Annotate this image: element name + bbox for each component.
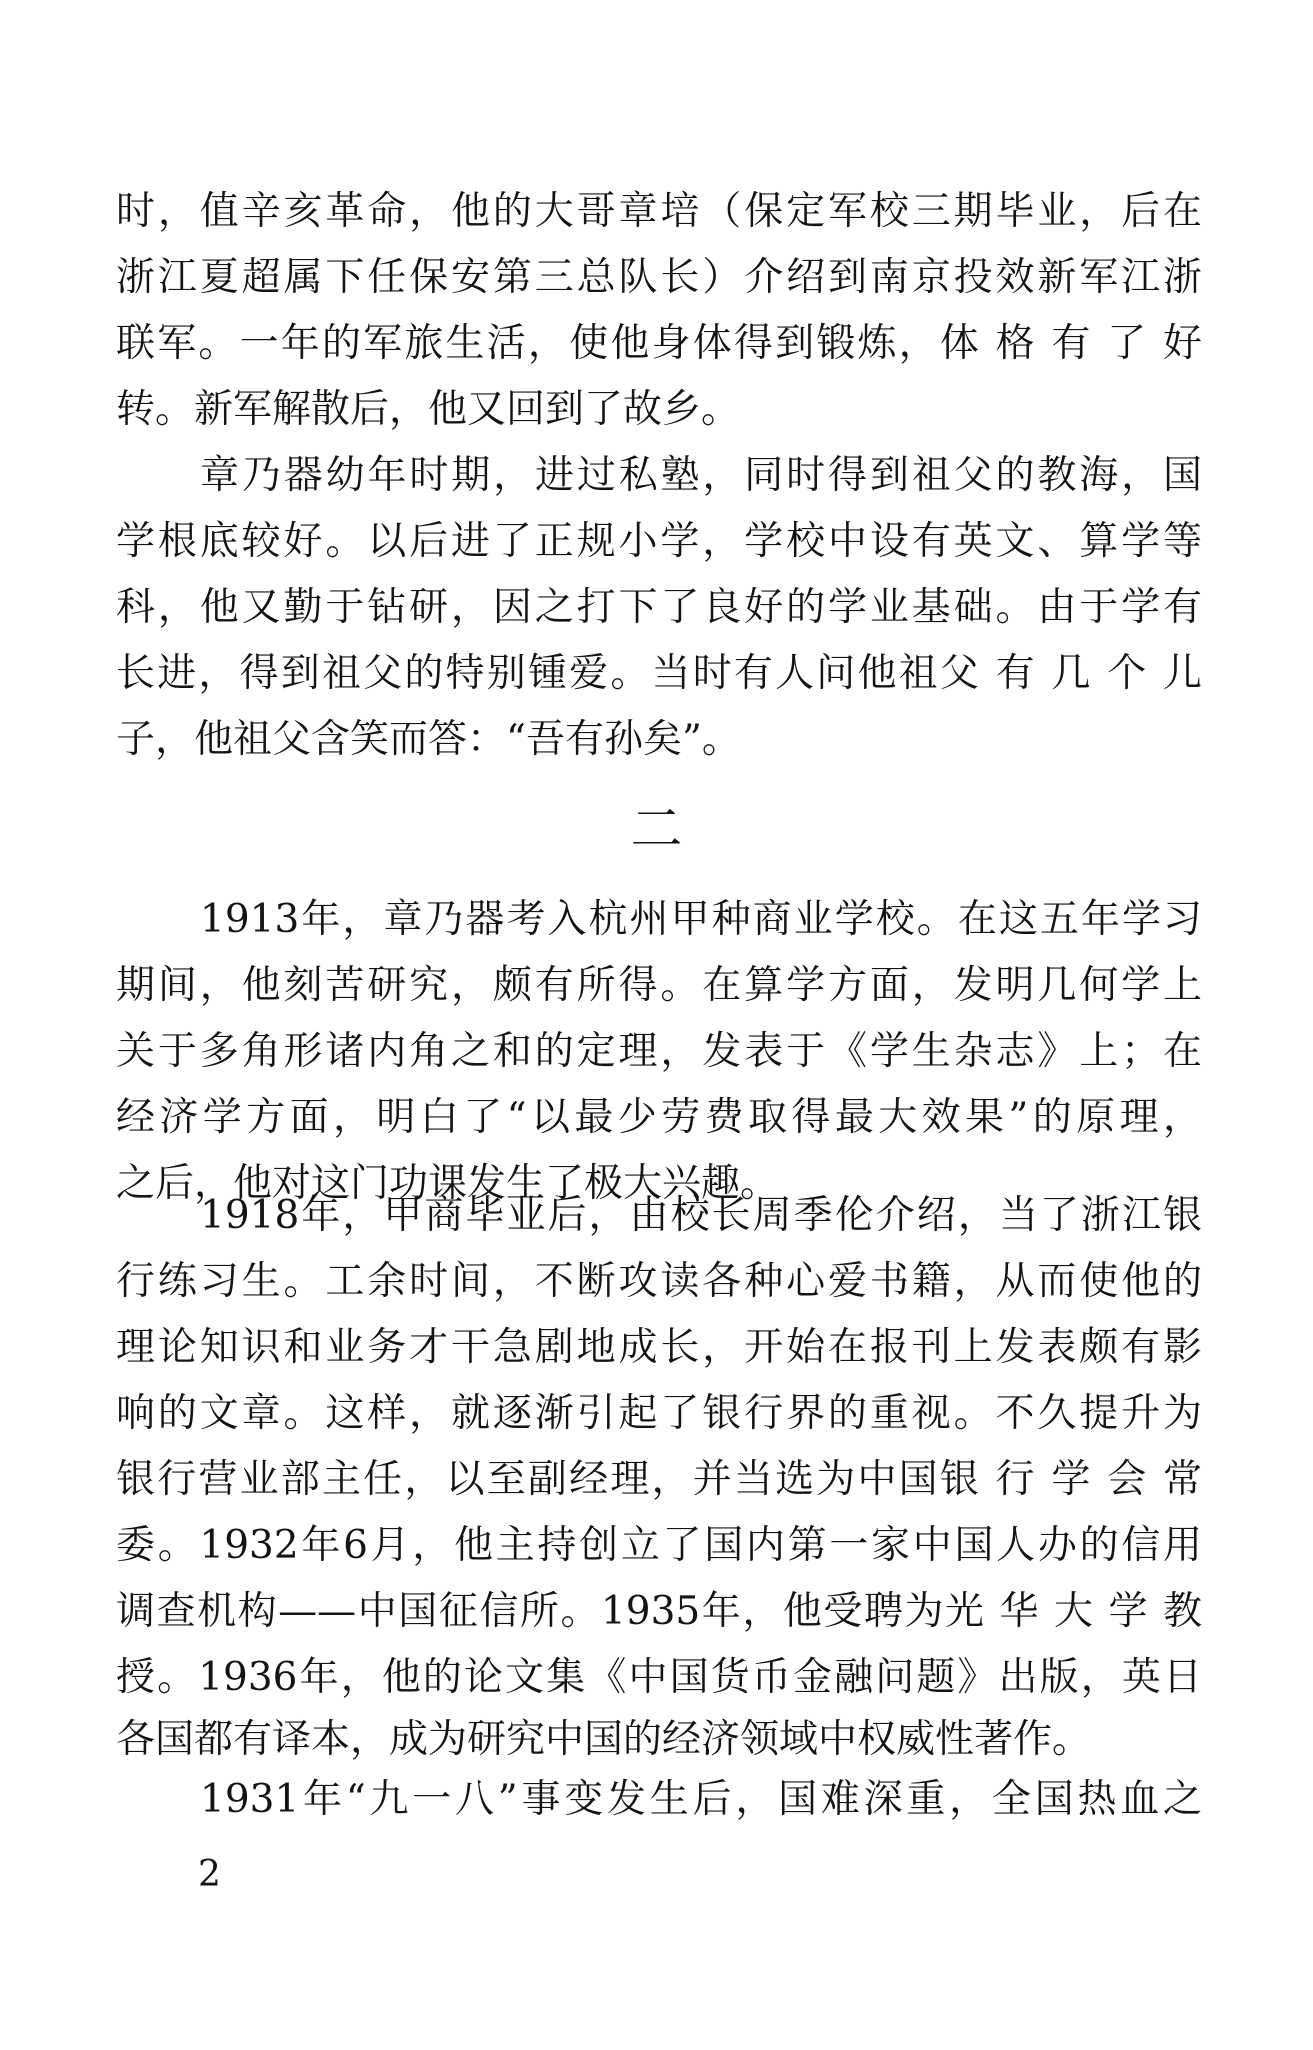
- book-page: 时，值辛亥革命，他的大哥章培（保定军校三期毕业，后在 浙江夏超属下任保安第三总队…: [0, 0, 1313, 2050]
- text-line: 期间，他刻苦研究，颇有所得。在算学方面，发明几何学上: [116, 956, 1202, 1016]
- text-line: 经济学方面，明白了“以最少劳费取得最大效果”的原理，: [116, 1088, 1202, 1148]
- text-line: 委。1932年6月，他主持创立了国内第一家中国人办的信用: [116, 1516, 1202, 1576]
- text-line: 理论知识和业务才干急剧地成长，开始在报刊上发表颇有影: [116, 1318, 1202, 1378]
- section-heading: 二: [0, 795, 1313, 865]
- text-line: 联军。一年的军旅生活，使他身体得到锻炼，体 格 有 了 好: [116, 314, 1202, 374]
- text-line: 科，他又勤于钻研，因之打下了良好的学业基础。由于学有: [116, 578, 1202, 638]
- text-line: 章乃器幼年时期，进过私塾，同时得到祖父的教海，国: [200, 446, 1202, 506]
- text-line: 1913年，章乃器考入杭州甲种商业学校。在这五年学习: [200, 890, 1202, 950]
- text-line: 调查机构——中国征信所。1935年，他受聘为光 华 大 学 教: [116, 1582, 1202, 1642]
- text-line: 行练习生。工余时间，不断攻读各种心爱书籍，从而使他的: [116, 1252, 1202, 1312]
- text-line: 子，他祖父含笑而答：“吾有孙矣”。: [116, 710, 1202, 770]
- text-line: 学根底较好。以后进了正规小学，学校中设有英文、算学等: [116, 512, 1202, 572]
- text-line: 银行营业部主任，以至副经理，并当选为中国银 行 学 会 常: [116, 1450, 1202, 1510]
- text-line: 关于多角形诸内角之和的定理，发表于《学生杂志》上；在: [116, 1022, 1202, 1082]
- text-line: 响的文章。这样，就逐渐引起了银行界的重视。不久提升为: [116, 1384, 1202, 1444]
- text-line: 浙江夏超属下任保安第三总队长）介绍到南京投效新军江浙: [116, 248, 1202, 308]
- text-line: 授。1936年，他的论文集《中国货币金融问题》出版，英日: [116, 1648, 1202, 1708]
- text-line: 1918年，甲商毕业后，由校长周季伦介绍，当了浙江银: [200, 1186, 1202, 1246]
- text-line: 转。新军解散后，他又回到了故乡。: [116, 380, 1202, 440]
- text-line: 各国都有译本，成为研究中国的经济领域中权威性著作。: [116, 1710, 1202, 1770]
- page-number: 2: [198, 1850, 221, 1900]
- text-line: 时，值辛亥革命，他的大哥章培（保定军校三期毕业，后在: [116, 182, 1202, 242]
- text-line: 1931年“九一八”事变发生后，国难深重，全国热血之: [200, 1770, 1202, 1830]
- text-line: 长进，得到祖父的特别锺爱。当时有人问他祖父 有 几 个 儿: [116, 644, 1202, 704]
